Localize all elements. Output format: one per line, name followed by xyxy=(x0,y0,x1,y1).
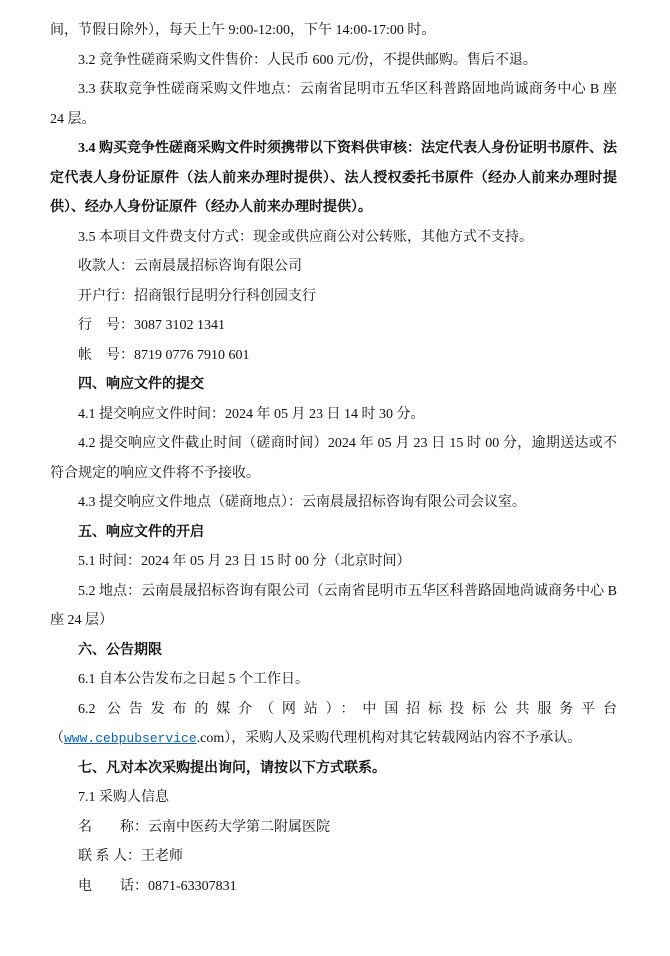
section-heading: 六、公告期限 xyxy=(50,636,617,666)
paragraph: 6.1 自本公告发布之日起 5 个工作日。 xyxy=(50,665,617,695)
text-run: 3.4 购买竞争性磋商采购文件时须携带以下资料供审核：法定代表人身份证明书原件、… xyxy=(50,141,617,215)
paragraph: 5.1 时间：2024 年 05 月 23 日 15 时 00 分（北京时间） xyxy=(50,547,617,577)
paragraph: 6.2 公告发布的媒介（网站）：中国招标投标公共服务平台（www.cebpubs… xyxy=(50,695,617,754)
paragraph: 7.1 采购人信息 xyxy=(50,783,617,813)
paragraph: 4.3 提交响应文件地点（磋商地点）：云南晨晟招标咨询有限公司会议室。 xyxy=(50,488,617,518)
paragraph: 3.2 竞争性磋商采购文件售价：人民币 600 元/份，不提供邮购。售后不退。 xyxy=(50,46,617,76)
paragraph: 收款人：云南晨晟招标咨询有限公司 xyxy=(50,252,617,282)
text-run: .com），采购人及采购代理机构对其它转载网站内容不予承认。 xyxy=(197,731,582,746)
text-run: 六、公告期限 xyxy=(78,643,162,658)
text-run: 4.2 提交响应文件截止时间（磋商时间）2024 年 05 月 23 日 15 … xyxy=(50,436,617,481)
text-run: 4.3 提交响应文件地点（磋商地点）：云南晨晟招标咨询有限公司会议室。 xyxy=(78,495,526,510)
text-run: 3.5 本项目文件费支付方式：现金或供应商公对公转账，其他方式不支持。 xyxy=(78,230,533,245)
text-run: 联 系 人：王老师 xyxy=(78,849,183,864)
text-run: 四、响应文件的提交 xyxy=(78,377,204,392)
paragraph: 名 称：云南中医药大学第二附属医院 xyxy=(50,813,617,843)
text-run: 7.1 采购人信息 xyxy=(78,790,169,805)
cebpubservice-link[interactable]: www.cebpubservice xyxy=(64,731,197,746)
text-run: 名 称：云南中医药大学第二附属医院 xyxy=(78,820,330,835)
paragraph: 5.2 地点：云南晨晟招标咨询有限公司（云南省昆明市五华区科普路固地尚诚商务中心… xyxy=(50,577,617,636)
text-run: 七、凡对本次采购提出询问，请按以下方式联系。 xyxy=(78,761,386,776)
paragraph: 3.4 购买竞争性磋商采购文件时须携带以下资料供审核：法定代表人身份证明书原件、… xyxy=(50,134,617,223)
text-run: 行 号：3087 3102 1341 xyxy=(78,318,225,333)
text-run: 3.2 竞争性磋商采购文件售价：人民币 600 元/份，不提供邮购。售后不退。 xyxy=(78,53,537,68)
paragraph: 3.5 本项目文件费支付方式：现金或供应商公对公转账，其他方式不支持。 xyxy=(50,223,617,253)
document-body: 间，节假日除外），每天上午 9:00-12:00，下午 14:00-17:00 … xyxy=(50,16,617,901)
paragraph: 联 系 人：王老师 xyxy=(50,842,617,872)
text-run: 电 话：0871-63307831 xyxy=(78,879,237,894)
text-run: 帐 号：8719 0776 7910 601 xyxy=(78,348,250,363)
paragraph: 间，节假日除外），每天上午 9:00-12:00，下午 14:00-17:00 … xyxy=(50,16,617,46)
text-run: 开户行：招商银行昆明分行科创园支行 xyxy=(78,289,316,304)
text-run: 5.1 时间：2024 年 05 月 23 日 15 时 00 分（北京时间） xyxy=(78,554,411,569)
paragraph: 4.1 提交响应文件时间：2024 年 05 月 23 日 14 时 30 分。 xyxy=(50,400,617,430)
text-run: 五、响应文件的开启 xyxy=(78,525,204,540)
section-heading: 四、响应文件的提交 xyxy=(50,370,617,400)
paragraph: 行 号：3087 3102 1341 xyxy=(50,311,617,341)
text-run: 收款人：云南晨晟招标咨询有限公司 xyxy=(78,259,302,274)
document-page: 间，节假日除外），每天上午 9:00-12:00，下午 14:00-17:00 … xyxy=(0,0,670,956)
text-run: 3.3 获取竞争性磋商采购文件地点：云南省昆明市五华区科普路固地尚诚商务中心 B… xyxy=(50,82,617,127)
section-heading: 五、响应文件的开启 xyxy=(50,518,617,548)
paragraph: 帐 号：8719 0776 7910 601 xyxy=(50,341,617,371)
paragraph: 电 话：0871-63307831 xyxy=(50,872,617,902)
section-heading: 七、凡对本次采购提出询问，请按以下方式联系。 xyxy=(50,754,617,784)
text-run: 间，节假日除外），每天上午 9:00-12:00，下午 14:00-17:00 … xyxy=(50,23,435,38)
text-run: 4.1 提交响应文件时间：2024 年 05 月 23 日 14 时 30 分。 xyxy=(78,407,425,422)
paragraph: 3.3 获取竞争性磋商采购文件地点：云南省昆明市五华区科普路固地尚诚商务中心 B… xyxy=(50,75,617,134)
text-run: 5.2 地点：云南晨晟招标咨询有限公司（云南省昆明市五华区科普路固地尚诚商务中心… xyxy=(50,584,617,629)
paragraph: 开户行：招商银行昆明分行科创园支行 xyxy=(50,282,617,312)
paragraph: 4.2 提交响应文件截止时间（磋商时间）2024 年 05 月 23 日 15 … xyxy=(50,429,617,488)
text-run: 6.1 自本公告发布之日起 5 个工作日。 xyxy=(78,672,309,687)
